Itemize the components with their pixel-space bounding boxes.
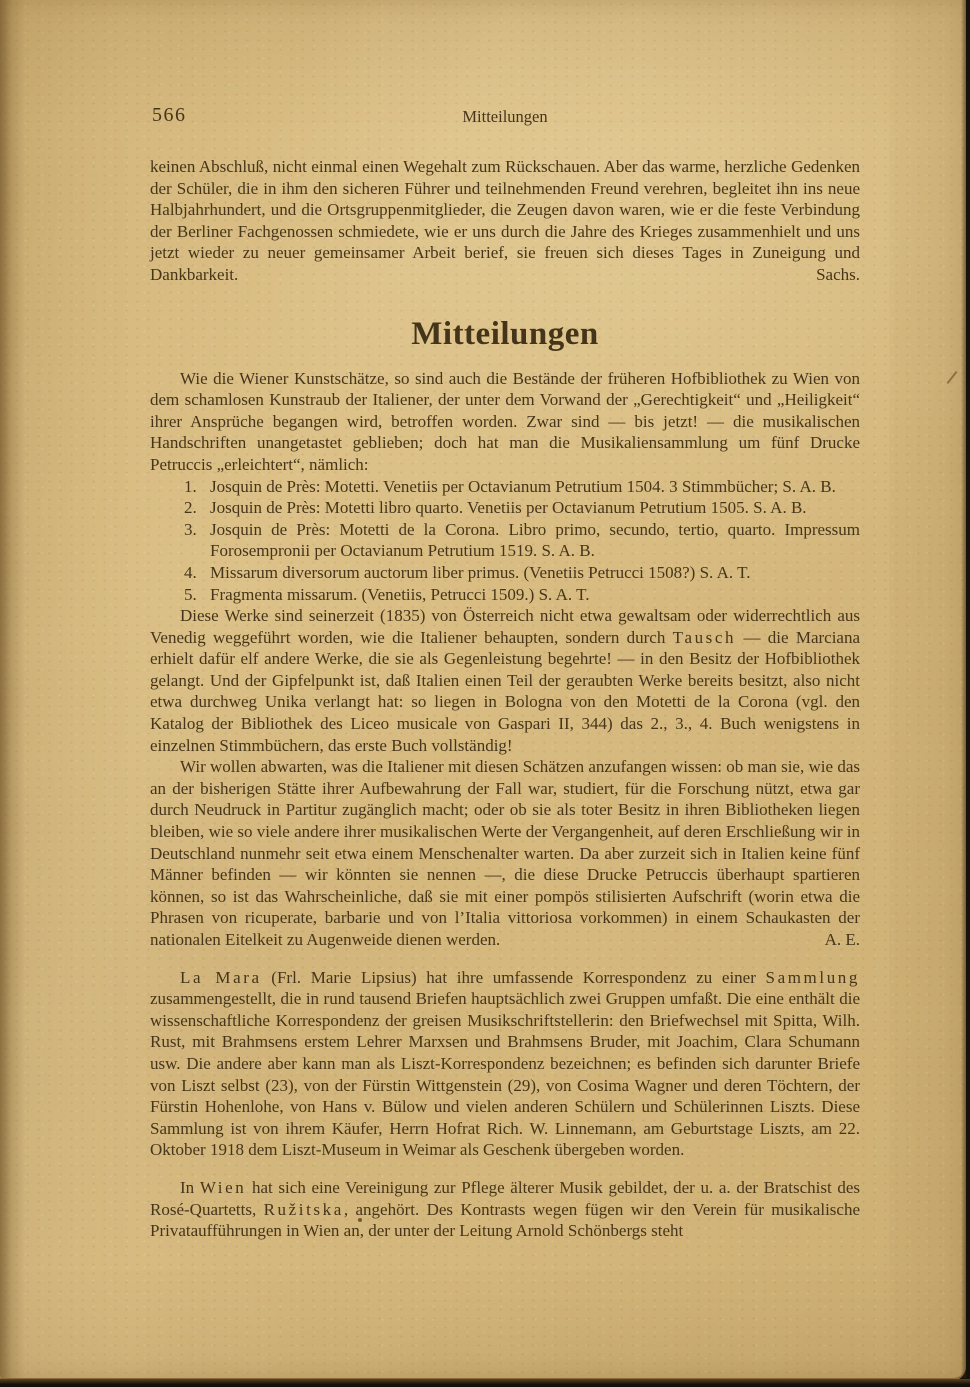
section-title: Mitteilungen — [150, 316, 860, 353]
list-item-text: Missarum diversorum auctorum liber primu… — [210, 562, 860, 584]
list-item: 4. Missarum diversorum auctorum liber pr… — [150, 562, 860, 584]
list-item-number: 2. — [184, 497, 210, 519]
list-item: 2. Josquin de Près: Motetti libro quarto… — [150, 497, 860, 519]
text-segment: (Frl. Marie Lipsius) hat ihre umfassende… — [262, 968, 766, 987]
emphasized-word: Wien — [200, 1178, 247, 1197]
list-item-number: 5. — [184, 584, 210, 606]
paragraph-text: keinen Abschluß, nicht einmal einen Wege… — [150, 157, 860, 284]
list-item: 5. Fragmenta missarum. (Venetiis, Petruc… — [150, 584, 860, 606]
list-item-number: 4. — [184, 562, 210, 584]
page-right-edge — [961, 0, 966, 1378]
text-segment: zusammengestellt, die in rund tausend Br… — [150, 989, 860, 1159]
paragraph-continuation: keinen Abschluß, nicht einmal einen Wege… — [150, 156, 860, 286]
running-title: Mitteilungen — [150, 107, 860, 127]
page-paper: 566 Mitteilungen keinen Abschluß, nicht … — [0, 0, 966, 1381]
paragraph-wien: In Wien hat sich eine Vereinigung zur Pf… — [150, 1177, 860, 1242]
text-segment: In — [180, 1178, 200, 1197]
author-signature: Sachs. — [792, 264, 860, 286]
emphasized-word: Sammlung — [766, 968, 860, 987]
emphasized-name: La Mara — [180, 968, 262, 987]
petrucci-print-list: 1. Josquin de Près: Motetti. Venetiis pe… — [150, 476, 860, 606]
paragraph-intro: Wie die Wiener Kunstschätze, so sind auc… — [150, 368, 860, 476]
list-item-text: Josquin de Près: Motetti. Venetiis per O… — [210, 476, 860, 498]
ink-speck — [358, 1218, 362, 1222]
paragraph-exchange: Diese Werke sind seinerzeit (1835) von Ö… — [150, 605, 860, 756]
binding-shadow — [0, 0, 26, 1378]
list-item-text: Josquin de Près: Motetti libro quarto. V… — [210, 497, 860, 519]
scan-bottom-edge — [0, 1379, 970, 1387]
paragraph-la-mara: La Mara (Frl. Marie Lipsius) hat ihre um… — [150, 967, 860, 1161]
emphasized-word: Tausch — [673, 628, 737, 647]
emphasized-name: Ružitska — [264, 1200, 344, 1219]
list-item-number: 1. — [184, 476, 210, 498]
text-column: 566 Mitteilungen keinen Abschluß, nicht … — [150, 104, 860, 1242]
scanned-book-page: 566 Mitteilungen keinen Abschluß, nicht … — [0, 0, 970, 1387]
list-item-text: Fragmenta missarum. (Venetiis, Petrucci … — [210, 584, 860, 606]
paragraph-outlook: Wir wollen abwarten, was die Italiener m… — [150, 756, 860, 950]
list-item-text: Josquin de Près: Motetti de la Corona. L… — [210, 519, 860, 562]
page-header: 566 Mitteilungen — [150, 104, 860, 128]
list-item: 3. Josquin de Près: Motetti de la Corona… — [150, 519, 860, 562]
paper-fiber — [947, 371, 958, 384]
list-item-number: 3. — [184, 519, 210, 562]
list-item: 1. Josquin de Près: Motetti. Venetiis pe… — [150, 476, 860, 498]
author-initials: A. E. — [771, 929, 860, 951]
paragraph-text: Wir wollen abwarten, was die Italiener m… — [150, 757, 860, 949]
